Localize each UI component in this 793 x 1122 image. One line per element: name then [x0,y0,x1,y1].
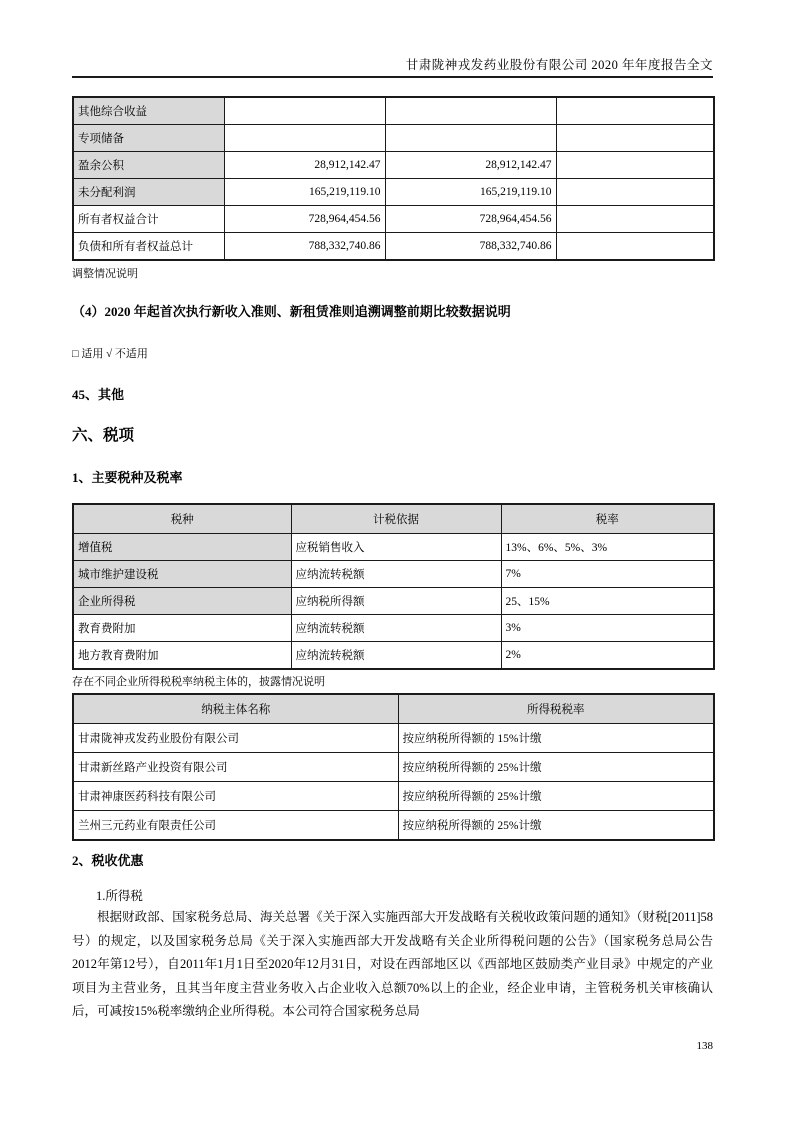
table-cell: 28,912,142.47 [224,152,385,179]
table-cell: 按应纳税所得额的 25%计缴 [398,753,714,782]
table-cell: 按应纳税所得额的 15%计缴 [398,724,714,753]
tax-table-body: 增值税应税销售收入13%、6%、5%、3%城市维护建设税应纳流转税额7%企业所得… [73,534,714,670]
table-cell [385,97,556,125]
table-row: 未分配利润165,219,119.10165,219,119.10 [73,179,714,206]
table-cell: 13%、6%、5%、3% [501,534,714,561]
table-row: 甘肃新丝路产业投资有限公司按应纳税所得额的 25%计缴 [73,753,714,782]
equity-table: 其他综合收益专项储备盈余公积28,912,142.4728,912,142.47… [72,96,715,261]
table-row: 专项储备 [73,125,714,152]
table-cell [556,152,714,179]
table-row: 所有者权益合计728,964,454.56728,964,454.56 [73,206,714,233]
entity-tax-table: 纳税主体名称 所得税税率 甘肃陇神戎发药业股份有限公司按应纳税所得额的 15%计… [72,693,715,841]
table-cell: 城市维护建设税 [73,561,291,588]
table-cell [556,125,714,152]
table-row: 教育费附加应纳流转税额3% [73,615,714,642]
table-cell [224,125,385,152]
table-cell: 应纳流转税额 [291,642,501,670]
table-cell: 增值税 [73,534,291,561]
table-cell [556,233,714,261]
table-cell: 盈余公积 [73,152,224,179]
report-header-title: 甘肃陇神戎发药业股份有限公司 2020 年年度报告全文 [406,55,713,73]
heading-tax-incentives: 2、税收优惠 [72,850,144,869]
heading-restatement: （4）2020 年起首次执行新收入准则、新租赁准则追溯调整前期比较数据说明 [72,301,511,320]
table-cell: 企业所得税 [73,588,291,615]
table-row: 盈余公积28,912,142.4728,912,142.47 [73,152,714,179]
applicability-note: □ 适用 √ 不适用 [72,345,148,361]
table-cell: 未分配利润 [73,179,224,206]
table-cell: 3% [501,615,714,642]
table-cell: 788,332,740.86 [385,233,556,261]
table-cell: 甘肃陇神戎发药业股份有限公司 [73,724,398,753]
header-divider [72,76,713,78]
table-cell: 应纳流转税额 [291,615,501,642]
income-tax-subheading: 1.所得税 [96,886,143,904]
table-cell [556,206,714,233]
tax-rate-header: 税率 [501,504,714,534]
table-row: 甘肃陇神戎发药业股份有限公司按应纳税所得额的 15%计缴 [73,724,714,753]
table-row: 甘肃神康医药科技有限公司按应纳税所得额的 25%计缴 [73,782,714,811]
adjustment-note: 调整情况说明 [72,265,138,281]
table-row: 地方教育费附加应纳流转税额2% [73,642,714,670]
equity-table-body: 其他综合收益专项储备盈余公积28,912,142.4728,912,142.47… [73,97,714,260]
table-cell: 其他综合收益 [73,97,224,125]
table-cell: 应纳流转税额 [291,561,501,588]
table-header-row: 纳税主体名称 所得税税率 [73,694,714,724]
table-cell [385,125,556,152]
table-cell: 728,964,454.56 [224,206,385,233]
table-cell: 兰州三元药业有限责任公司 [73,811,398,841]
table-cell: 应纳税所得额 [291,588,501,615]
heading-other: 45、其他 [72,384,124,403]
table-cell: 165,219,119.10 [385,179,556,206]
heading-main-taxes: 1、主要税种及税率 [72,467,183,486]
entity-rate-header: 所得税税率 [398,694,714,724]
entity-name-header: 纳税主体名称 [73,694,398,724]
table-row: 增值税应税销售收入13%、6%、5%、3% [73,534,714,561]
table-cell [224,97,385,125]
table-cell: 所有者权益合计 [73,206,224,233]
table-cell: 2% [501,642,714,670]
table-cell [556,97,714,125]
table-row: 城市维护建设税应纳流转税额7% [73,561,714,588]
table-header-row: 税种 计税依据 税率 [73,504,714,534]
table-cell: 按应纳税所得额的 25%计缴 [398,811,714,841]
table-row: 负债和所有者权益总计788,332,740.86788,332,740.86 [73,233,714,261]
table-cell: 甘肃神康医药科技有限公司 [73,782,398,811]
table-cell: 按应纳税所得额的 25%计缴 [398,782,714,811]
table-row: 企业所得税应纳税所得额25、15% [73,588,714,615]
table-cell: 负债和所有者权益总计 [73,233,224,261]
table-cell: 728,964,454.56 [385,206,556,233]
table-row: 兰州三元药业有限责任公司按应纳税所得额的 25%计缴 [73,811,714,841]
page-number: 138 [697,1040,714,1052]
table-cell [556,179,714,206]
table-cell: 7% [501,561,714,588]
table-cell: 25、15% [501,588,714,615]
table-cell: 165,219,119.10 [224,179,385,206]
table-cell: 28,912,142.47 [385,152,556,179]
heading-tax-section: 六、税项 [72,423,134,445]
table-cell: 地方教育费附加 [73,642,291,670]
table-cell: 应税销售收入 [291,534,501,561]
table-cell: 教育费附加 [73,615,291,642]
different-rate-note: 存在不同企业所得税税率纳税主体的，披露情况说明 [72,673,325,689]
tax-type-header: 税种 [73,504,291,534]
table-row: 其他综合收益 [73,97,714,125]
tax-incentive-paragraph: 根据财政部、国家税务总局、海关总署《关于深入实施西部大开发战略有关税收政策问题的… [72,906,713,1024]
tax-rate-table: 税种 计税依据 税率 增值税应税销售收入13%、6%、5%、3%城市维护建设税应… [72,503,715,670]
entity-table-body: 甘肃陇神戎发药业股份有限公司按应纳税所得额的 15%计缴甘肃新丝路产业投资有限公… [73,724,714,841]
table-cell: 甘肃新丝路产业投资有限公司 [73,753,398,782]
tax-basis-header: 计税依据 [291,504,501,534]
document-page: 甘肃陇神戎发药业股份有限公司 2020 年年度报告全文 其他综合收益专项储备盈余… [0,0,793,1122]
table-cell: 788,332,740.86 [224,233,385,261]
table-cell: 专项储备 [73,125,224,152]
